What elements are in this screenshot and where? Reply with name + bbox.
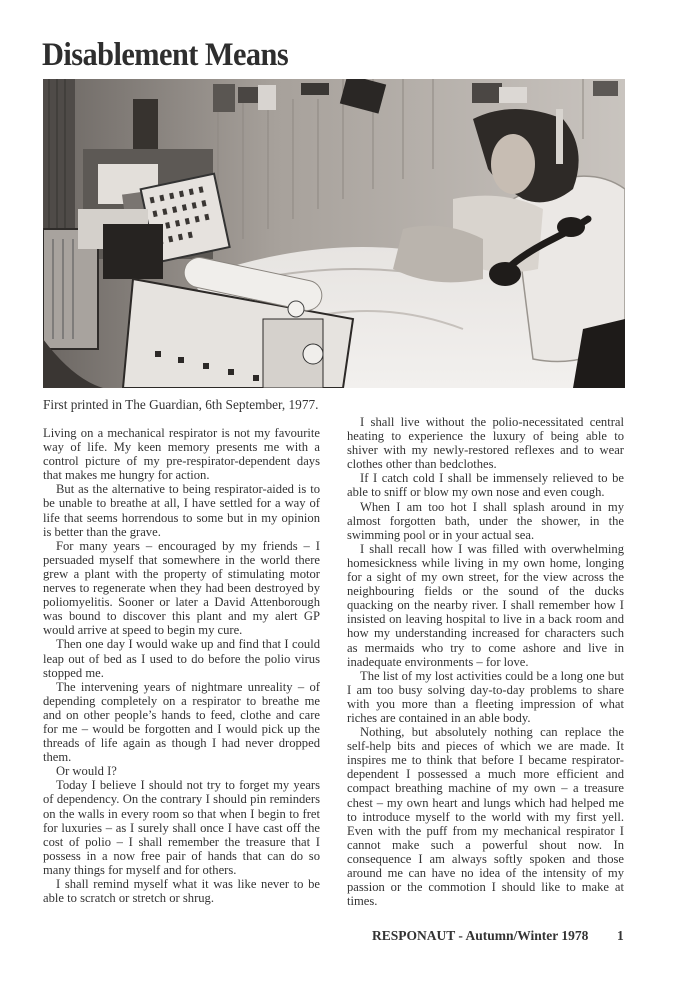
paragraph: If I catch cold I shall be immensely rel…	[347, 471, 624, 499]
paragraph: I shall live without the polio-necessita…	[347, 415, 624, 471]
paragraph: I shall remind myself what it was like n…	[43, 877, 320, 905]
publication-footer: RESPONAUT - Autumn/Winter 1978	[372, 928, 588, 944]
right-column: I shall live without the polio-necessita…	[347, 415, 624, 908]
left-column: Living on a mechanical respirator is not…	[43, 426, 320, 905]
paragraph: Living on a mechanical respirator is not…	[43, 426, 320, 482]
paragraph: The list of my lost activities could be …	[347, 669, 624, 725]
paragraph: Nothing, but absolutely nothing can repl…	[347, 725, 624, 908]
paragraph: For many years – encouraged by my friend…	[43, 539, 320, 638]
paragraph: I shall recall how I was filled with ove…	[347, 542, 624, 669]
article-photo	[43, 79, 625, 388]
paragraph: But as the alternative to being respirat…	[43, 482, 320, 538]
paragraph: Or would I?	[43, 764, 320, 778]
paragraph: When I am too hot I shall splash around …	[347, 500, 624, 542]
paragraph: The intervening years of nightmare unrea…	[43, 680, 320, 765]
paragraph: Today I believe I should not try to forg…	[43, 778, 320, 877]
article-title: Disablement Means	[42, 36, 288, 74]
page-number: 1	[617, 928, 624, 944]
paragraph: Then one day I would wake up and find th…	[43, 637, 320, 679]
photo-caption: First printed in The Guardian, 6th Septe…	[43, 397, 318, 413]
photo-illustration	[43, 79, 625, 388]
